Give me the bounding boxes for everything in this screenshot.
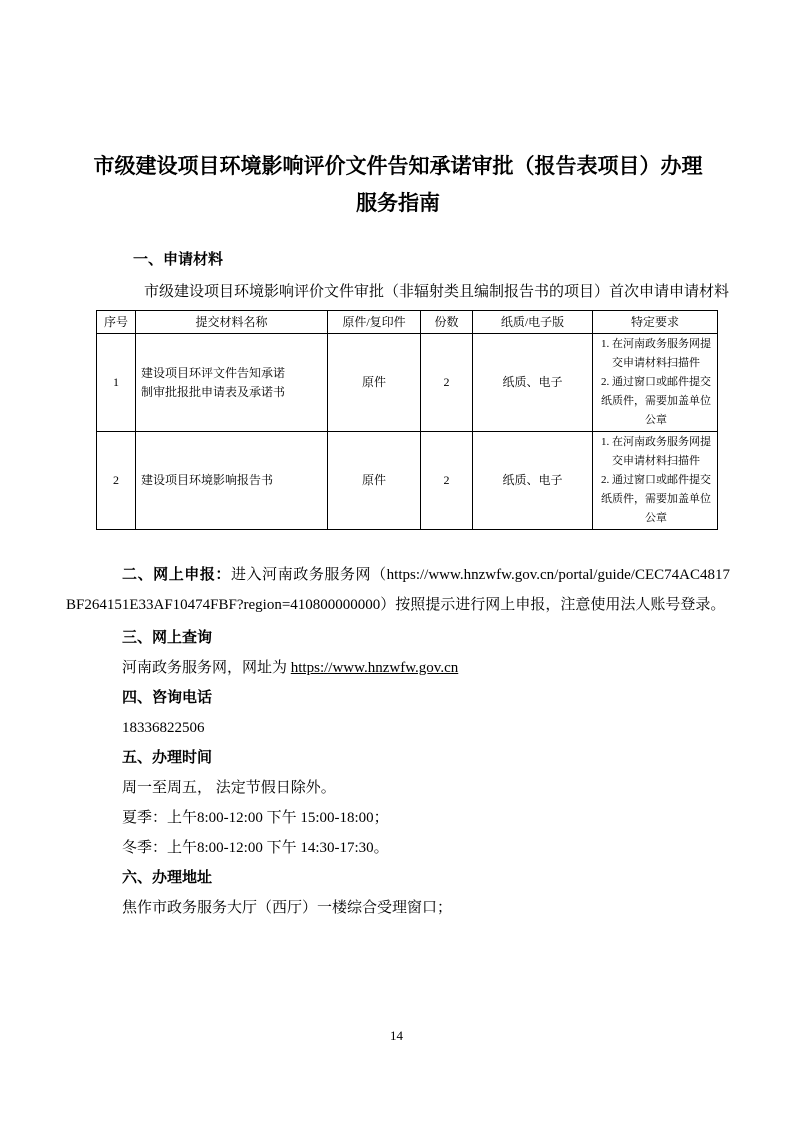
cell-requirements: 1. 在河南政务服务网提交申请材料扫描件 2. 通过窗口或邮件提交纸质件，需要加…: [593, 334, 718, 432]
online-inquiry-prefix: 河南政务服务网，网址为: [122, 660, 291, 676]
cell-no: 2: [97, 432, 136, 530]
col-header-requirements: 特定要求: [593, 311, 718, 334]
section-heading-online-declaration: 二、网上申报：: [122, 566, 231, 583]
cell-copies: 2: [421, 432, 473, 530]
online-inquiry-line: 河南政务服务网，网址为 https://www.hnzwfw.gov.cn: [66, 656, 730, 680]
cell-no: 1: [97, 334, 136, 432]
office-hours-weekdays: 周一至周五， 法定节假日除外。: [66, 776, 730, 800]
requirement-item: 1. 在河南政务服务网提交申请材料扫描件: [596, 335, 716, 373]
col-header-format: 纸质/电子版: [473, 311, 593, 334]
section-heading-online-inquiry: 三、网上查询: [66, 626, 730, 650]
service-website-link[interactable]: https://www.hnzwfw.gov.cn: [291, 660, 458, 676]
cell-requirements: 1. 在河南政务服务网提交申请材料扫描件 2. 通过窗口或邮件提交纸质件，需要加…: [593, 432, 718, 530]
materials-table: 序号 提交材料名称 原件/复印件 份数 纸质/电子版 特定要求 1 建设项目环评…: [96, 310, 718, 530]
table-row: 2 建设项目环境影响报告书 原件 2 纸质、电子 1. 在河南政务服务网提交申请…: [97, 432, 718, 530]
cell-material-name: 建设项目环评文件告知承诺制审批报批申请表及承诺书: [136, 334, 328, 432]
office-hours-summer: 夏季：上午8:00-12:00 下午 15:00-18:00；: [66, 806, 730, 830]
col-header-original-copy: 原件/复印件: [328, 311, 421, 334]
page-title: 市级建设项目环境影响评价文件告知承诺审批（报告表项目）办理 服务指南: [66, 148, 730, 222]
col-header-material-name: 提交材料名称: [136, 311, 328, 334]
page-title-line2: 服务指南: [356, 192, 440, 215]
requirement-item: 1. 在河南政务服务网提交申请材料扫描件: [596, 433, 716, 471]
section-heading-address: 六、办理地址: [66, 866, 730, 890]
table-header-row: 序号 提交材料名称 原件/复印件 份数 纸质/电子版 特定要求: [97, 311, 718, 334]
table-row: 1 建设项目环评文件告知承诺制审批报批申请表及承诺书 原件 2 纸质、电子 1.…: [97, 334, 718, 432]
page-content: 市级建设项目环境影响评价文件告知承诺审批（报告表项目）办理 服务指南 一、申请材…: [0, 0, 793, 920]
cell-format: 纸质、电子: [473, 432, 593, 530]
phone-number: 18336822506: [66, 716, 730, 740]
office-hours-winter: 冬季：上午8:00-12:00 下午 14:30-17:30。: [66, 836, 730, 860]
section-online-declaration: 二、网上申报：进入河南政务服务网（https://www.hnzwfw.gov.…: [66, 560, 730, 620]
page-title-line1: 市级建设项目环境影响评价文件告知承诺审批（报告表项目）办理: [94, 155, 703, 178]
cell-original-copy: 原件: [328, 432, 421, 530]
section-heading-application-materials: 一、申请材料: [66, 248, 730, 272]
cell-original-copy: 原件: [328, 334, 421, 432]
col-header-no: 序号: [97, 311, 136, 334]
requirement-item: 2. 通过窗口或邮件提交纸质件，需要加盖单位公章: [596, 373, 716, 430]
document-page: 市级建设项目环境影响评价文件告知承诺审批（报告表项目）办理 服务指南 一、申请材…: [0, 0, 793, 1122]
section-heading-office-hours: 五、办理时间: [66, 746, 730, 770]
requirement-item: 2. 通过窗口或邮件提交纸质件，需要加盖单位公章: [596, 471, 716, 528]
page-number: 14: [0, 1028, 793, 1044]
cell-material-name: 建设项目环境影响报告书: [136, 432, 328, 530]
col-header-copies: 份数: [421, 311, 473, 334]
office-address: 焦作市政务服务大厅（西厅）一楼综合受理窗口；: [66, 896, 730, 920]
cell-copies: 2: [421, 334, 473, 432]
table-intro-text: 市级建设项目环境影响评价文件审批（非辐射类且编制报告书的项目）首次申请申请材料: [66, 281, 730, 303]
section-heading-phone: 四、咨询电话: [66, 686, 730, 710]
cell-format: 纸质、电子: [473, 334, 593, 432]
